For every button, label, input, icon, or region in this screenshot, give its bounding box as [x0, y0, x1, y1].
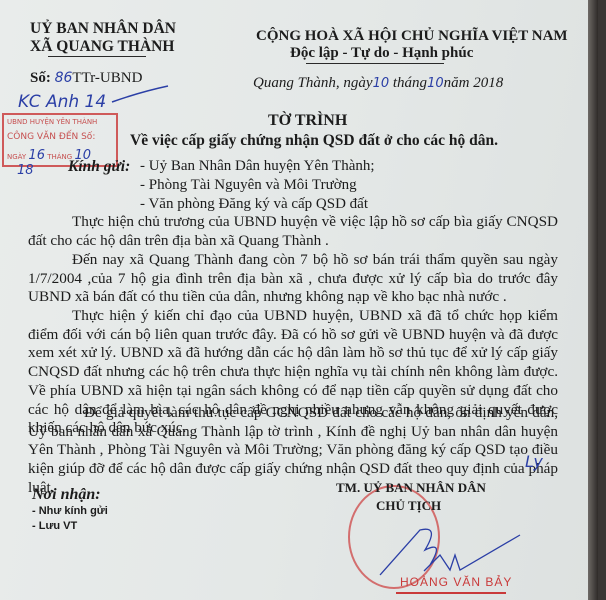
document-date: Quang Thành, ngày10 tháng10năm 2018 [253, 75, 503, 92]
paper-edge [588, 0, 598, 600]
stamp-day-label: NGÀY [7, 153, 26, 161]
date-month: 10 [427, 76, 444, 91]
issuer-underline [48, 56, 146, 57]
signer-name: HOÀNG VĂN BẢY [400, 575, 512, 589]
document-page: UỶ BAN NHÂN DÂN XÃ QUANG THÀNH Số: 86TTr… [0, 0, 598, 600]
body-paragraph: Đến nay xã Quang Thành đang còn 7 bộ hồ … [28, 251, 558, 307]
signer-underline [396, 592, 506, 594]
number-label: Số: [30, 70, 51, 86]
body-paragraph: Thực hiện chủ trương của UBND huyện về v… [28, 213, 558, 250]
recipient-item: - Văn phòng Đăng ký và cấp QSD đất [140, 196, 368, 213]
date-year: năm 2018 [444, 75, 504, 91]
recipient-item: - Uỷ Ban Nhân Dân huyện Yên Thành; [140, 158, 375, 175]
date-prefix: Quang Thành, ngày [253, 75, 373, 91]
footer-recipient: - Lưu VT [32, 520, 77, 532]
paragraph-text: Đến nay xã Quang Thành đang còn 7 bộ hồ … [28, 251, 558, 305]
signer-org: TM. UỶ BAN NHÂN DÂN [336, 480, 486, 496]
issuer-line1: UỶ BAN NHÂN DÂN [30, 20, 176, 38]
number-handwritten: 86 [55, 70, 73, 86]
document-subject: Về việc cấp giấy chứng nhận QSD đất ở ch… [130, 132, 498, 150]
recipients-label: Kính gửi: [68, 158, 130, 176]
stamp-year: 18 [17, 163, 34, 178]
stamp-line2: CÔNG VĂN ĐẾN Số: [7, 132, 95, 142]
pen-stroke [110, 84, 170, 104]
national-motto: Độc lập - Tự do - Hạnh phúc [290, 45, 473, 62]
issuer-line2: XÃ QUANG THÀNH [30, 38, 174, 56]
date-day: 10 [373, 76, 390, 91]
footer-recipient: - Như kính gửi [32, 505, 108, 517]
date-month-label: tháng [393, 75, 427, 91]
recipients-footer-label: Nơi nhận: [32, 486, 101, 504]
paragraph-text: Thực hiện chủ trương của UBND huyện về v… [28, 213, 558, 249]
stamp-line1: UBND HUYỆN YÊN THÀNH [7, 118, 97, 126]
initials: Ly [525, 452, 543, 471]
signer-title: CHỦ TỊCH [376, 498, 441, 514]
motto-underline [306, 63, 444, 64]
handwritten-note: KC Anh 14 [18, 92, 106, 112]
document-type-title: TỜ TRÌNH [268, 112, 347, 130]
national-title: CỘNG HOÀ XÃ HỘI CHỦ NGHĨA VIỆT NAM [256, 28, 568, 45]
recipient-item: - Phòng Tài Nguyên và Môi Trường [140, 177, 357, 194]
stamp-day: 16 [28, 148, 45, 163]
